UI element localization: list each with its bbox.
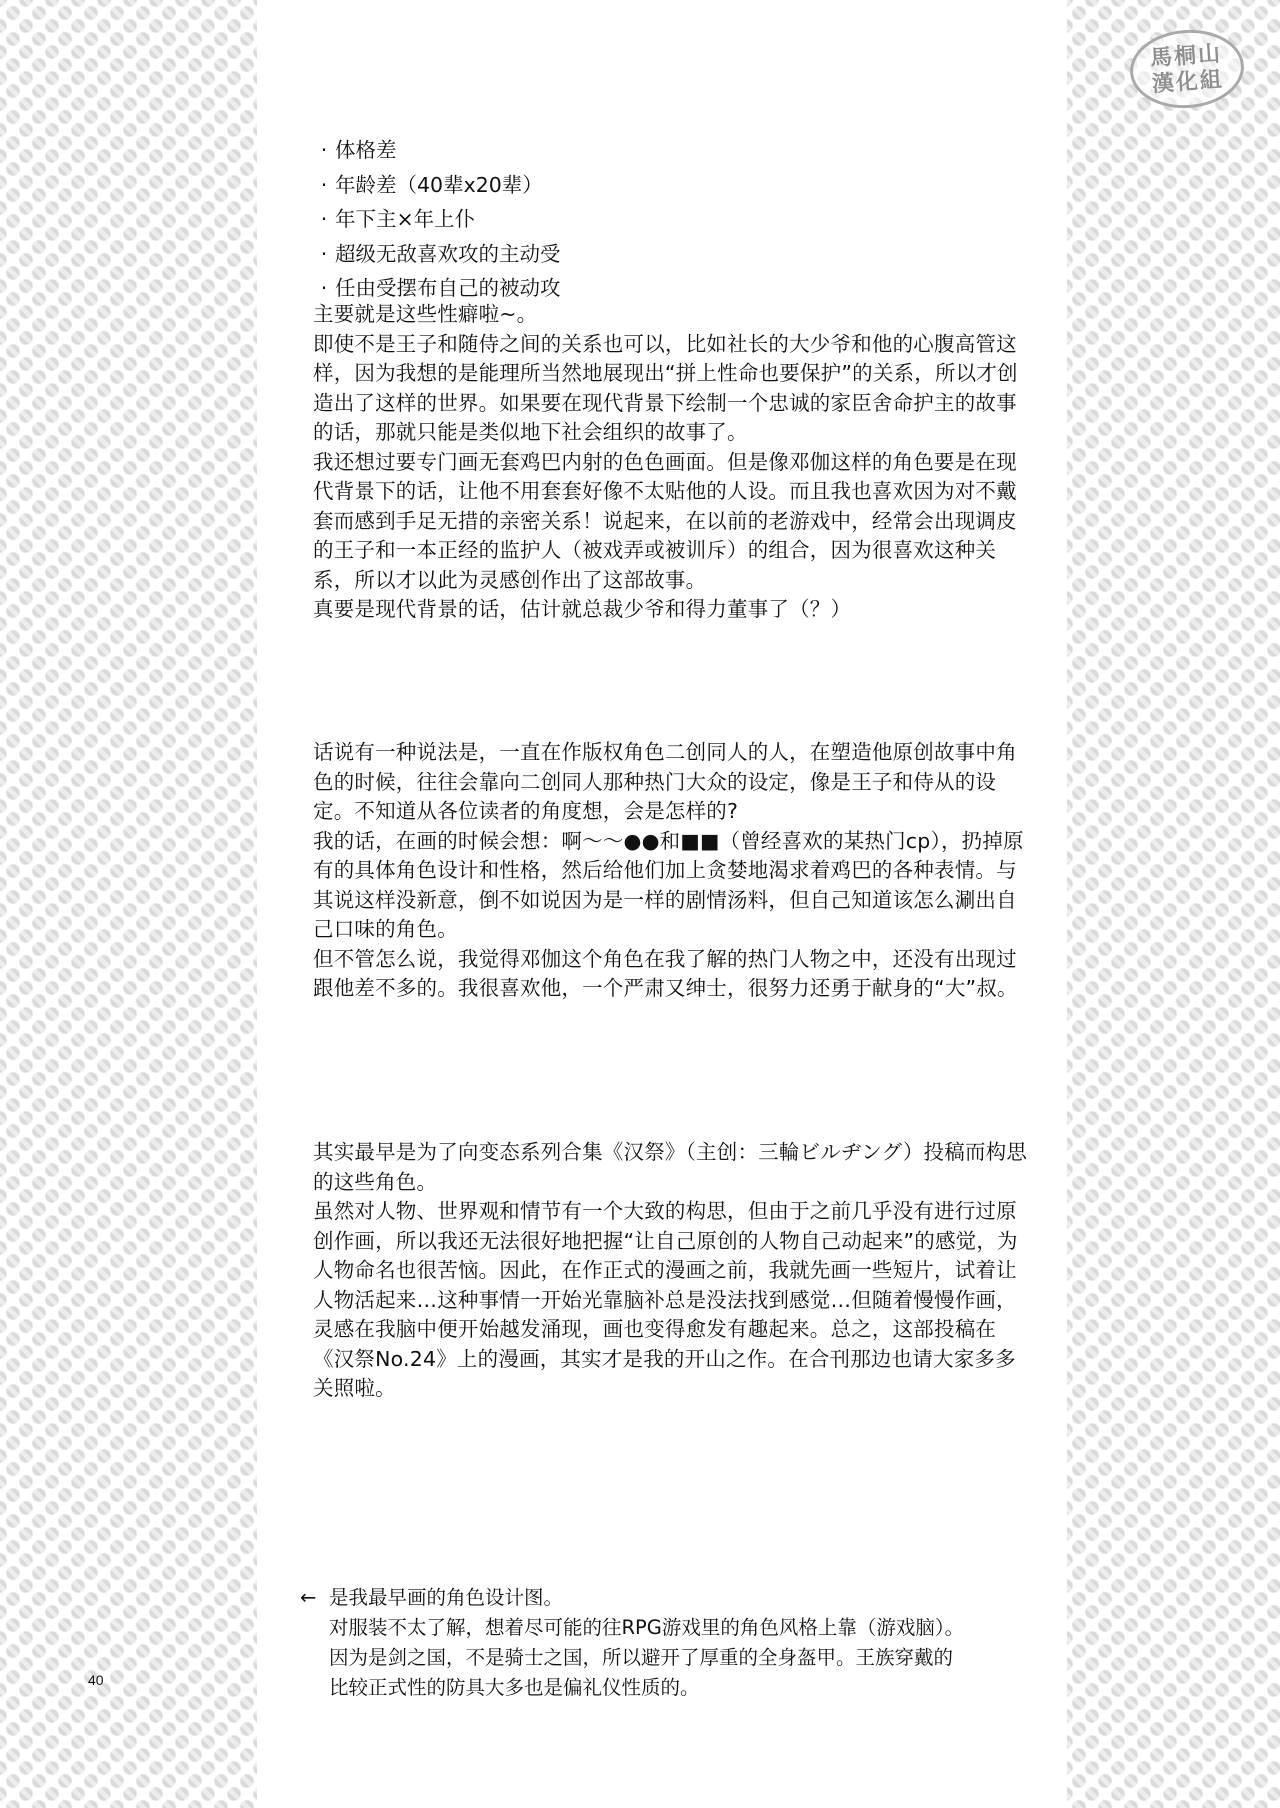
bullet-icon: · [313, 168, 335, 203]
paragraph: 话说有一种说法是，一直在作版权角色二创同人的人，在塑造他原创故事中角色的时候，往… [313, 738, 1033, 827]
list-item: ·体格差 [313, 133, 913, 168]
page-number: 40 [88, 1672, 104, 1688]
note-line: ←是我最早画的角色设计图。 [300, 1583, 1060, 1613]
paragraph: 但不管怎么说，我觉得邓伽这个角色在我了解的热门人物之中，还没有出现过跟他差不多的… [313, 945, 1033, 1004]
design-sheet-note: ←是我最早画的角色设计图。 对服装不太了解，想着尽可能的往RPG游戏里的角色风格… [300, 1583, 1060, 1703]
section-motivation: 主要就是这些性癖啦~。 即使不是王子和随侍之间的关系也可以，比如社长的大少爷和他… [313, 300, 1033, 625]
bullet-icon: · [313, 202, 335, 237]
list-item: ·超级无敌喜欢攻的主动受 [313, 237, 913, 272]
note-line: 对服装不太了解，想着尽可能的往RPG游戏里的角色风格上靠（游戏脑）。 [300, 1613, 1060, 1643]
scanlation-group-logo: 馬桐山 漢化組 [1127, 26, 1246, 112]
paragraph: 真要是现代背景的话，估计就总裁少爷和得力董事了（？） [313, 595, 1033, 625]
paragraph: 主要就是这些性癖啦~。 [313, 300, 1033, 330]
paragraph: 其实最早是为了向变态系列合集《汉祭》（主创：三輪ビルヂング）投稿而构思的这些角色… [313, 1138, 1033, 1197]
paragraph: 虽然对人物、世界观和情节有一个大致的构思，但由于之前几乎没有进行过原创作画，所以… [313, 1197, 1033, 1404]
logo-line-2: 漢化組 [1151, 66, 1225, 97]
list-item: ·年龄差（40辈x20辈） [313, 168, 913, 203]
note-line: 因为是剑之国，不是骑士之国，所以避开了厚重的全身盔甲。王族穿戴的 [300, 1643, 1060, 1673]
note-line: 比较正式性的防具大多也是偏礼仪性质的。 [300, 1673, 1060, 1703]
fetish-list: ·体格差 ·年龄差（40辈x20辈） ·年下主×年上仆 ·超级无敌喜欢攻的主动受… [313, 133, 913, 306]
section-character-design: 话说有一种说法是，一直在作版权角色二创同人的人，在塑造他原创故事中角色的时候，往… [313, 738, 1033, 1004]
bullet-icon: · [313, 133, 335, 168]
paragraph: 我的话，在画的时候会想：啊～～●●和■■（曾经喜欢的某热门cp），扔掉原有的具体… [313, 827, 1033, 945]
paragraph: 我还想过要专门画无套鸡巴内射的色色画面。但是像邓伽这样的角色要是在现代背景下的话… [313, 448, 1033, 596]
bullet-icon: · [313, 237, 335, 272]
paragraph: 即使不是王子和随侍之间的关系也可以，比如社长的大少爷和他的心腹高管这样，因为我想… [313, 330, 1033, 448]
section-origin: 其实最早是为了向变态系列合集《汉祭》（主创：三輪ビルヂング）投稿而构思的这些角色… [313, 1138, 1033, 1404]
arrow-left-icon: ← [300, 1583, 329, 1613]
list-item: ·年下主×年上仆 [313, 202, 913, 237]
